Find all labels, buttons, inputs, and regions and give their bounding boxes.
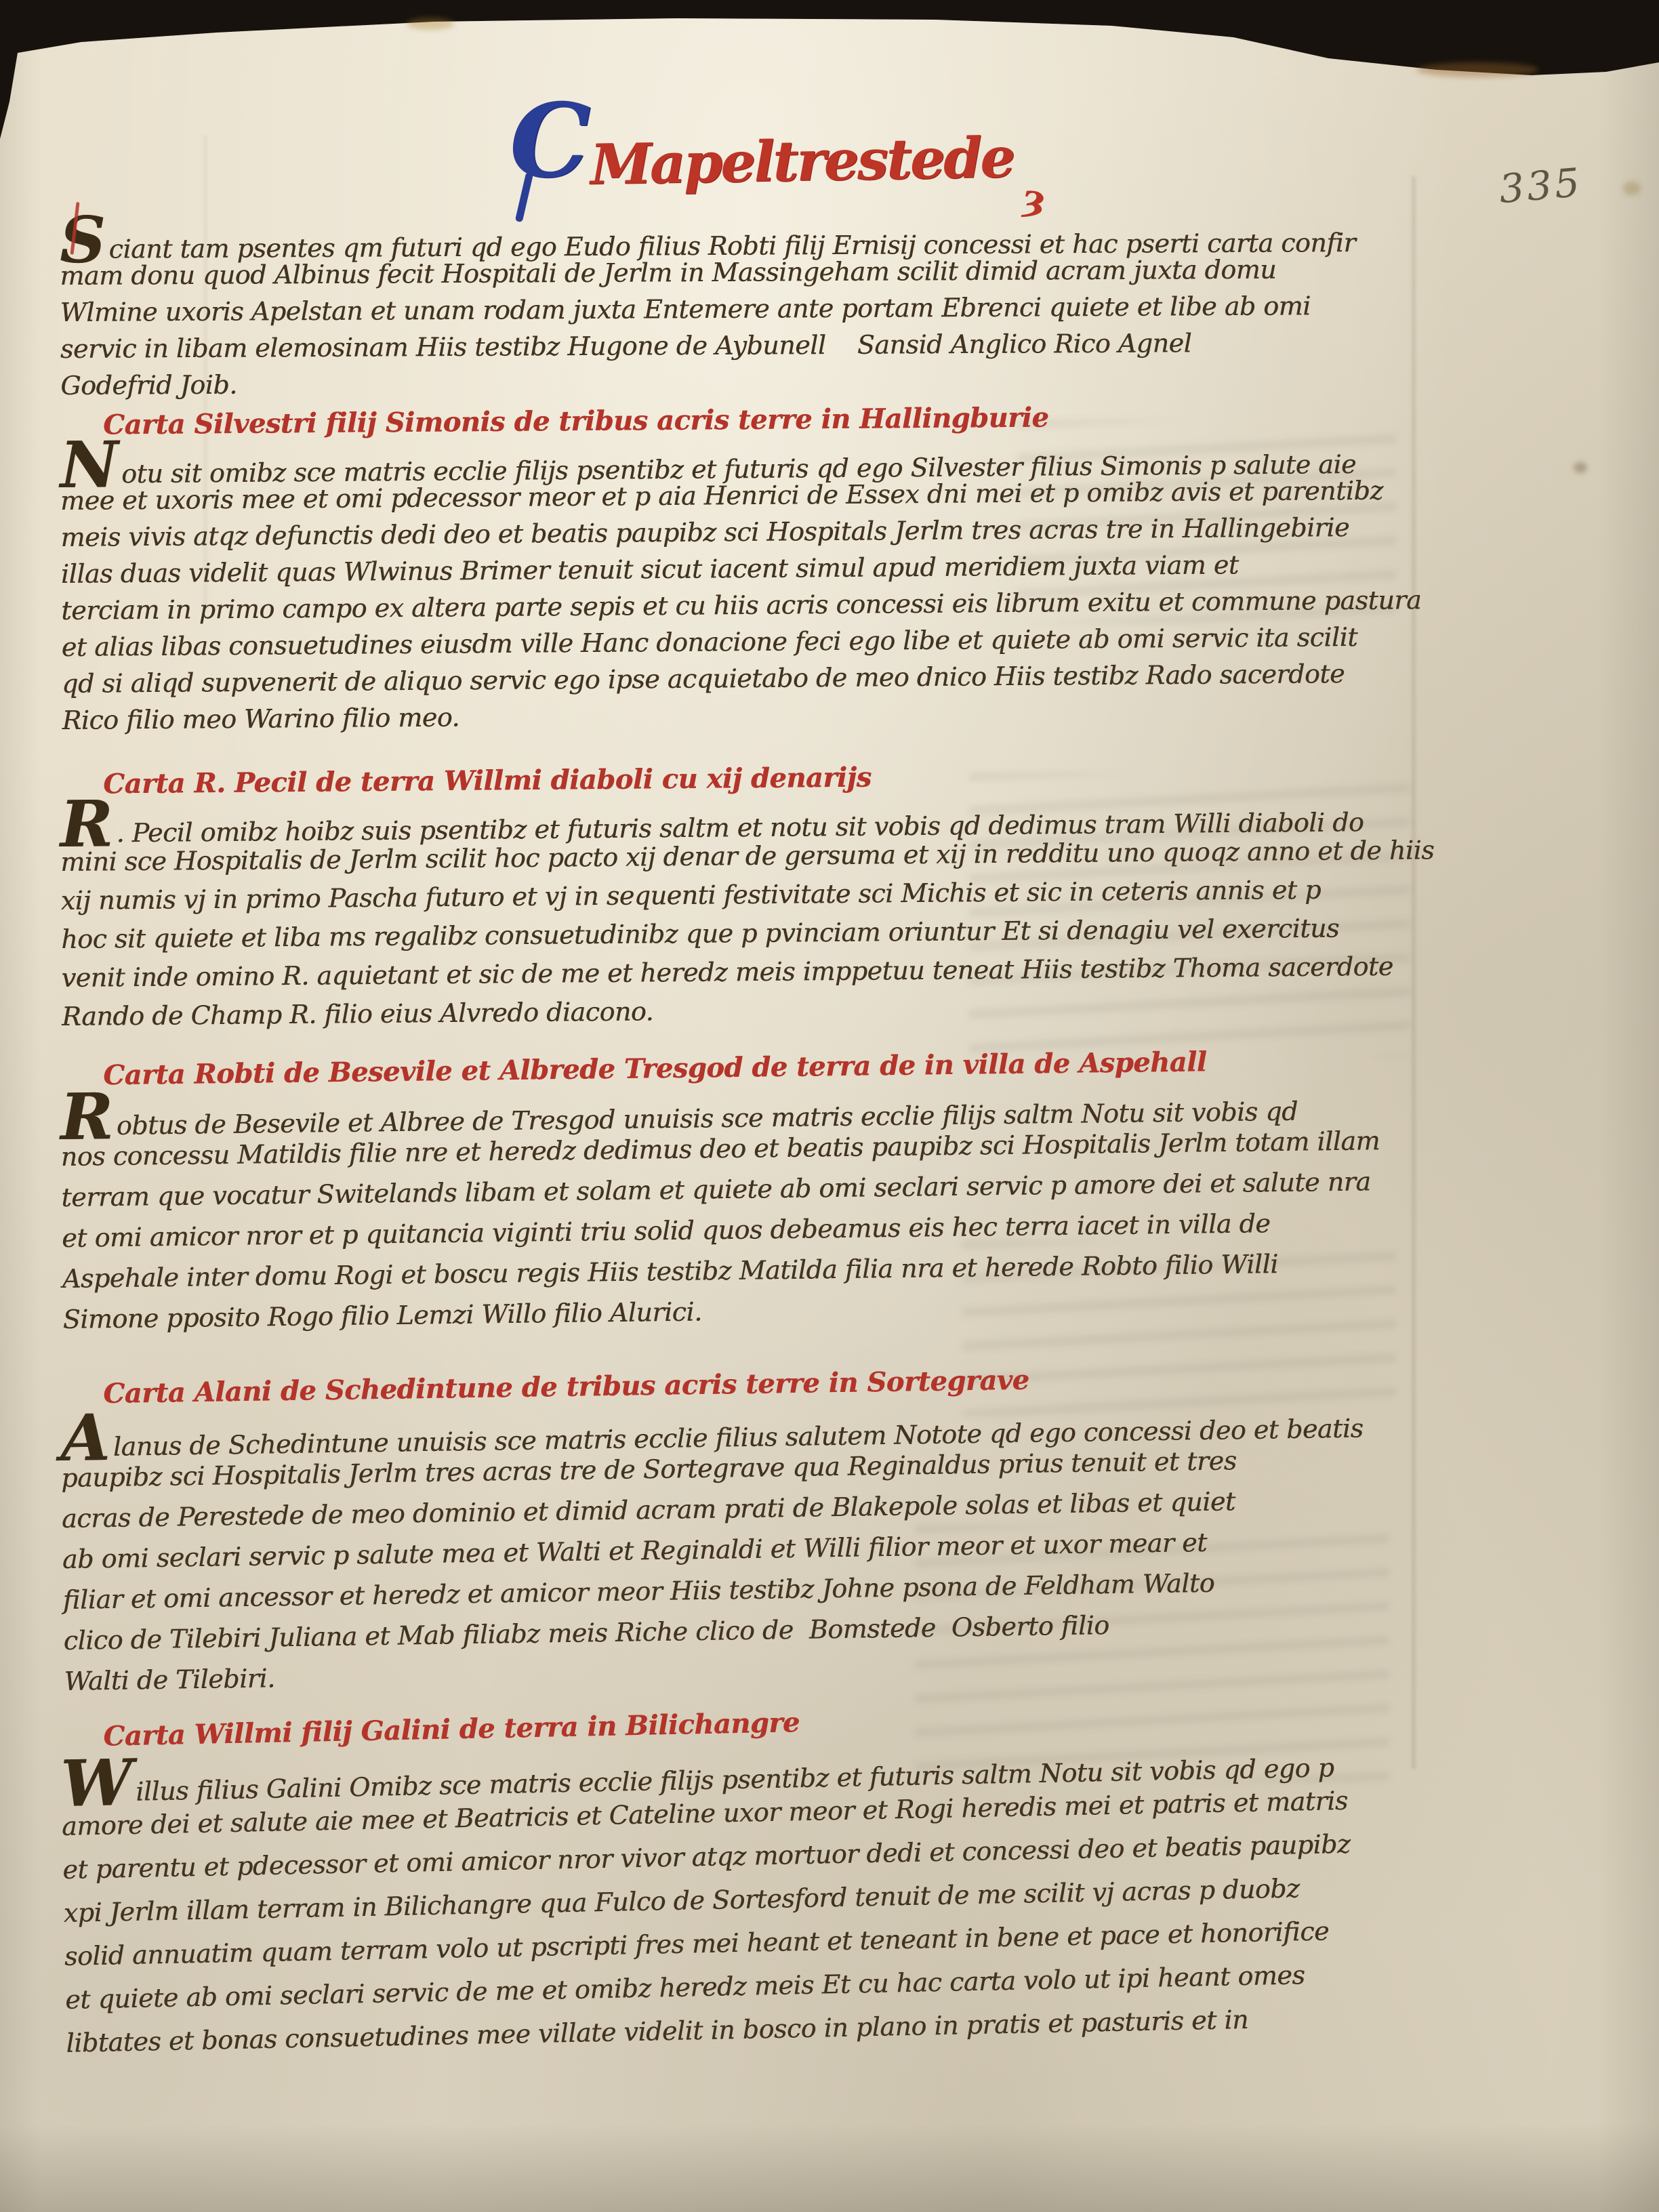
stain (1623, 182, 1641, 195)
charter-line: mam donu quod Albinus fecit Hospitali de… (60, 254, 1276, 291)
charter-section: Carta R. Pecil de terra Willmi diaboli c… (60, 757, 1364, 1080)
charter-line: terram que vocatur Switelands libam et s… (61, 1166, 1371, 1213)
manuscript-photo: CMapeltrestedeȝ 335 Sciant tam psentes q… (0, 0, 1659, 2212)
charter-line: et omi amicor nror et p quitancia vigint… (62, 1208, 1271, 1254)
blue-paraph-icon: C (510, 107, 590, 175)
stain (407, 18, 454, 30)
charter-section: Carta Silvestri filij Simonis de tribus … (60, 399, 1364, 782)
charter-line: Rico filio meo Warino filio meo. (62, 701, 459, 736)
stain (1416, 62, 1538, 77)
charter-line: xij numis vj in primo Pascha futuro et v… (61, 874, 1322, 916)
charter-line: illas duas videlit quas Wlwinus Brimer t… (61, 549, 1239, 590)
stain (1574, 462, 1587, 473)
charter-line: venit inde omino R. aquietant et sic de … (61, 951, 1393, 994)
charter-line: terciam in primo campo ex altera parte s… (61, 584, 1421, 626)
charter-rubric: Carta R. Pecil de terra Willmi diaboli c… (103, 762, 872, 800)
page-heading: CMapeltrestedeȝ (510, 107, 1037, 190)
charter-section: Carta Alani de Schedintune de tribus acr… (60, 1359, 1366, 1747)
charter-line: clico de Tilebiri Juliana et Mab filiabz… (63, 1610, 1109, 1656)
charter-line: Godefrid Joib. (60, 369, 237, 401)
charter-line: Wlmine uxoris Apelstan et unam rodam jux… (60, 290, 1311, 328)
charter-line: ab omi seclari servic p salute mea et Wa… (62, 1527, 1208, 1575)
charter-section: Carta Robti de Besevile et Albrede Tresg… (60, 1044, 1365, 1385)
charter-line: acras de Perestede de meo dominio et dim… (62, 1486, 1235, 1534)
charter-section: Carta Willmi filij Galini de terra in Bi… (60, 1695, 1368, 2111)
charter-rubric: Carta Silvestri filij Simonis de tribus … (103, 402, 1048, 441)
charter-line: hoc sit quiete et liba ms regalibz consu… (61, 913, 1339, 955)
charter-line: et alias libas consuetudines eiusdm vill… (62, 621, 1358, 663)
charter-line: meis vivis atqz defunctis dedi deo et be… (60, 512, 1349, 553)
folio-number: 335 (1497, 159, 1584, 212)
charter-line: Walti de Tilebiri. (64, 1662, 275, 1697)
charter-line: Rando de Champ R. filio eius Alvredo dia… (62, 996, 653, 1032)
charter-line: filiar et omi ancessor et heredz et amic… (63, 1568, 1215, 1616)
charter-line: Aspehale inter domu Rogi et boscu regis … (62, 1248, 1278, 1294)
fold-crease (1411, 176, 1416, 1769)
charter-line: Simone pposito Rogo filio Lemzi Willo fi… (62, 1296, 701, 1335)
charter-line: libtates et bonas consuetudines mee vill… (66, 2004, 1248, 2059)
charter-line: servic in libam elemosinam Hiis testibz … (60, 327, 1191, 365)
charter-line: qd si aliqd supvenerit de aliquo servic … (62, 658, 1345, 699)
heading-title: Mapeltrestede (590, 125, 1015, 198)
